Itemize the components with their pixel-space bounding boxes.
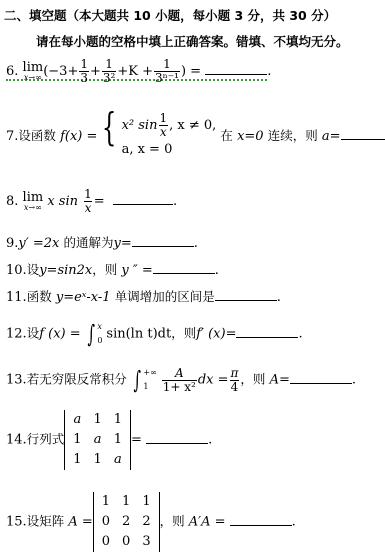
- fraction: A1+ x²: [162, 367, 197, 394]
- fraction: 13ⁿ⁻¹: [154, 58, 180, 85]
- limit-operator: limx→∞: [23, 192, 44, 212]
- integral-sign: ∫: [133, 368, 141, 392]
- question-12: 12.设f (x) = ∫x0sin(ln t)dt，则f′ (x)=.: [6, 320, 303, 348]
- question-number: 9.: [6, 236, 18, 251]
- answer-blank[interactable]: [230, 513, 292, 526]
- question-number: 14.: [6, 433, 27, 448]
- fraction: 13²: [102, 58, 116, 85]
- answer-blank[interactable]: [290, 371, 352, 384]
- question-number: 7.: [6, 129, 18, 144]
- question-14: 14.行列式 a11 1a1 11a = .: [6, 410, 212, 470]
- question-number: 6.: [6, 64, 18, 79]
- question-number: 13.: [6, 373, 27, 388]
- question-15: 15.设矩阵 A = 111 022 003 ，则 A′A = .: [6, 492, 296, 552]
- question-11: 11.函数 y=eˣ-x-1 单调增加的区间是.: [6, 288, 281, 306]
- answer-blank[interactable]: [341, 127, 385, 140]
- fraction: π4: [230, 367, 240, 394]
- question-8: 8. limx→∞ x sin 1x= .: [6, 188, 177, 215]
- fraction: 13: [79, 58, 89, 85]
- question-number: 8.: [6, 194, 18, 209]
- answer-blank[interactable]: [153, 261, 215, 274]
- question-13: 13.若无穷限反常积分 ∫+∞1A1+ x²dx =π4，则 A=.: [6, 366, 356, 394]
- question-number: 12.: [6, 327, 27, 342]
- integral-sign: ∫: [87, 322, 95, 346]
- section-title: 二、填空题（本大题共 10 小题，每小题 3 分，共 30 分）: [4, 6, 336, 24]
- answer-blank[interactable]: [132, 234, 194, 247]
- answer-blank[interactable]: [215, 288, 277, 301]
- question-10: 10.设y=sin2x，则 y ″ =.: [6, 261, 219, 279]
- question-number: 15.: [6, 515, 27, 530]
- integral-limits: x0: [97, 320, 102, 348]
- question-number: 11.: [6, 290, 27, 305]
- question-7: 7.设函数 f(x) ={ x² sin1x, x ≠ 0, a, x = 0 …: [6, 108, 385, 161]
- answer-blank[interactable]: [113, 192, 173, 205]
- question-9: 9.y′ =2x 的通解为y=.: [6, 234, 198, 252]
- question-6: 6. lim x→∞ (−3+13+13²+K +13ⁿ⁻¹) = .: [6, 58, 271, 85]
- matrix: 111 022 003: [93, 492, 160, 552]
- answer-blank[interactable]: [146, 431, 208, 444]
- piecewise-cases: x² sin1x, x ≠ 0, a, x = 0: [122, 112, 217, 161]
- answer-blank[interactable]: [236, 325, 298, 338]
- left-brace: {: [102, 108, 117, 146]
- determinant: a11 1a1 11a: [64, 410, 131, 470]
- answer-blank[interactable]: [205, 62, 267, 75]
- integral-limits: +∞1: [143, 366, 156, 394]
- limit-operator: lim x→∞: [23, 62, 44, 82]
- section-instruction: 请在每小题的空格中填上正确答案。错填、不填均无分。: [36, 32, 349, 50]
- fraction: 1x: [83, 188, 93, 215]
- question-number: 10.: [6, 263, 27, 278]
